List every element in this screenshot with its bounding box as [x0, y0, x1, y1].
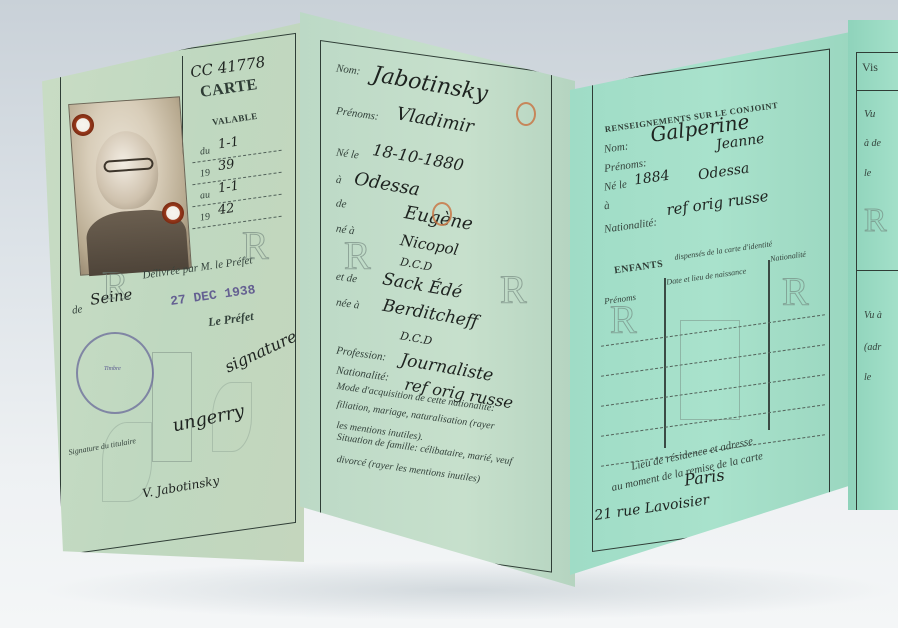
- rf-emblem: R: [500, 266, 527, 313]
- du-value: 1-1: [217, 135, 240, 153]
- rf-emblem: R: [242, 222, 269, 269]
- prefecture-stamp: [76, 332, 154, 414]
- visa-divider: [856, 270, 898, 271]
- a-de-label: à de: [864, 138, 881, 149]
- le-label: le: [864, 168, 871, 179]
- vu-label: Vu: [864, 108, 875, 120]
- vu-a-label: Vu à: [864, 310, 882, 321]
- eyelet-bottom: [162, 202, 184, 224]
- visa-label: Vis: [862, 60, 878, 75]
- year2-prefix: 19: [199, 211, 210, 223]
- adresse-label: (adr: [864, 342, 881, 353]
- card-shadow: [40, 560, 898, 620]
- le2-label: le: [864, 372, 871, 383]
- de-label: de: [71, 303, 83, 316]
- card-panel-spouse: RENSEIGNEMENTS SUR LE CONJOINT Nom: Galp…: [570, 30, 860, 575]
- table-column-divider: [768, 260, 770, 430]
- year1-prefix: 19: [199, 167, 210, 179]
- spouse-a-label: à: [603, 200, 610, 213]
- eyelet-top: [72, 114, 94, 136]
- rf-emblem: R: [782, 268, 809, 315]
- au-label: au: [199, 189, 210, 201]
- year1-value: 39: [217, 157, 235, 174]
- card-panel-visa: Vis Vu à de le R Vu à (adr le: [848, 20, 898, 510]
- rust-ring: [432, 202, 452, 226]
- rf-emblem: R: [102, 262, 129, 309]
- rust-ring: [516, 102, 536, 126]
- panel-border: [856, 52, 898, 510]
- fasces-emblem: [152, 352, 192, 462]
- de-label: de: [335, 197, 347, 210]
- rf-emblem: R: [864, 202, 887, 240]
- visa-divider: [856, 90, 898, 91]
- marianne-emblem: [680, 320, 740, 420]
- year2-value: 42: [217, 201, 235, 218]
- du-label: du: [199, 145, 210, 157]
- card-panel-photo: CC 41778 CARTE VALABLE du 1-1 19 39 au 1…: [42, 22, 304, 562]
- fiscal-stamp-text: Timbre: [104, 366, 121, 372]
- rf-emblem: R: [610, 296, 637, 343]
- a-label: à: [335, 174, 342, 187]
- card-panel-identity: Nom: Jabotinsky Prénoms: Vladimir Né le …: [300, 12, 575, 587]
- table-column-divider: [664, 278, 666, 448]
- rf-emblem: R: [344, 232, 371, 279]
